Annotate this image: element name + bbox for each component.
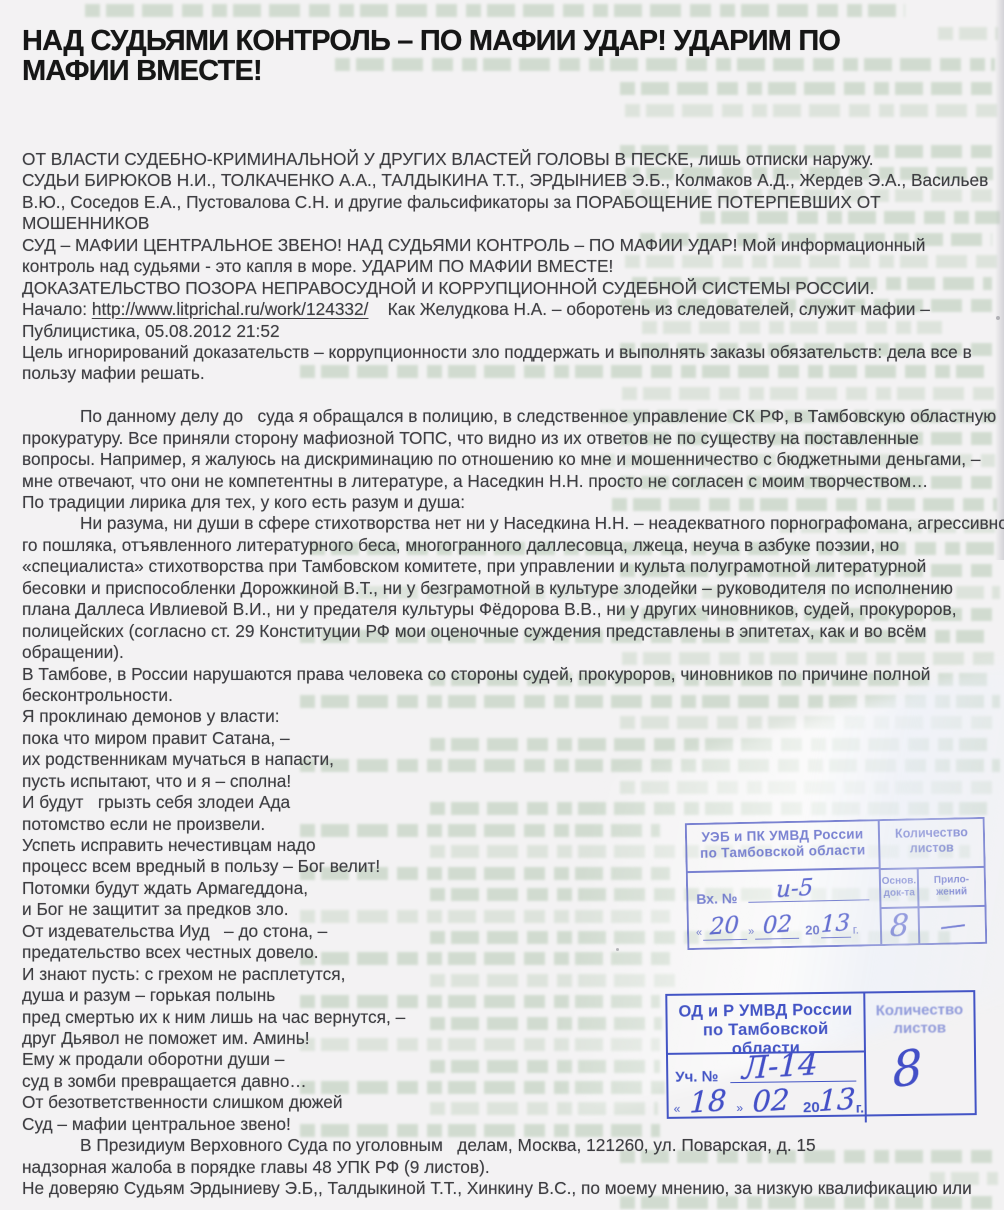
stamp2-handwritten-year: 13	[818, 1085, 856, 1117]
text-segment: Как Желудкова Н.А. – оборотень из следов…	[368, 299, 929, 319]
stamp1-att-line2: жений	[919, 885, 984, 898]
stamp1-year-prefix: 20	[805, 922, 820, 937]
stamp1-count-line1: Количество	[880, 825, 983, 842]
stamp2-month-slot: 02	[744, 1086, 798, 1118]
text-line: полицейских (согласно ст. 29 Конституции…	[22, 621, 972, 642]
stamp1-entry-row: Вх. № и-5	[688, 869, 880, 911]
stamp1-count-header: Количество листов	[880, 819, 984, 870]
quote-close: »	[736, 1101, 743, 1115]
stamp1-attachments-label: Прило- жений	[917, 868, 985, 906]
text-line: СУД – МАФИИ ЦЕНТРАЛЬНОЕ ЗВЕНО! НАД СУДЬЯ…	[22, 235, 972, 256]
quote-open: «	[696, 927, 702, 939]
text-segment: Начало:	[22, 299, 92, 319]
text-line: «специалиста» стихотворства при Тамбовск…	[22, 556, 972, 577]
stamp2-count-line2: листов	[866, 1019, 974, 1038]
text-line: бесконтрольности.	[22, 685, 972, 706]
stamp2-year-suffix: г.	[856, 1099, 865, 1115]
blank-line	[22, 385, 972, 406]
text-line: В.Ю., Соседов Е.А., Пустовалова С.Н. и д…	[22, 192, 972, 213]
stamp1-left-column: УЭБ и ПК УМВД России по Тамбовской облас…	[687, 821, 883, 948]
stamp2-handwritten-day: 18	[689, 1086, 727, 1118]
text-line: плана Даллеса Ивлиевой В.И., ни у предат…	[22, 599, 972, 620]
text-line: Публицистика, 05.08.2012 21:52	[22, 321, 972, 342]
text-line: ОТ ВЛАСТИ СУДЕБНО-КРИМИНАЛЬНОЙ У ДРУГИХ …	[22, 149, 972, 170]
stamp2-right-column: Количество листов 8	[865, 992, 975, 1122]
stamp1-handwritten-number: и-5	[776, 876, 814, 902]
stamp1-main-doc-sheets: 8	[882, 908, 919, 944]
registration-stamp-uebpk: УЭБ и ПК УМВД России по Тамбовской облас…	[685, 817, 988, 950]
text-line: контроль над судьями - это капля в море.…	[22, 256, 972, 277]
stamp1-handwritten-month: 02	[762, 913, 792, 938]
stamp1-year-slot: 13	[820, 913, 851, 939]
text-line: По данному делу до суда я обращался в по…	[22, 406, 972, 427]
stamp1-entry-label: Вх. №	[696, 890, 737, 907]
stamp1-org-name: УЭБ и ПК УМВД России по Тамбовской облас…	[687, 821, 879, 873]
stamp2-year-slot: 13	[819, 1086, 853, 1117]
text-line: мне отвечают, что они не компетентны в л…	[22, 471, 972, 492]
text-line: пока что миром правит Сатана, –	[22, 728, 972, 749]
stamp2-day-slot: 18	[681, 1087, 735, 1119]
document-headline: НАД СУДЬЯМИ КОНТРОЛЬ – ПО МАФИИ УДАР! УД…	[22, 26, 962, 86]
stamp2-org-line1: ОД и Р УМВД России	[667, 1000, 863, 1021]
text-line: СУДЬИ БИРЮКОВ Н.И., ТОЛКАЧЕНКО А.А., ТАЛ…	[22, 170, 972, 191]
page-edge-shadow	[995, 0, 1004, 560]
text-line: их родственникам мучаться в напасти,	[22, 749, 972, 770]
stamp2-count-line1: Количество	[865, 1001, 973, 1020]
text-line: Не доверяю Судьям Эрдыниеву Э.Б,, Талдык…	[22, 1178, 972, 1199]
text-line: И будут грызть себя злодеи Ада	[22, 792, 972, 813]
stamp2-date-row: « 18 » 02 20 13 г.	[668, 1085, 864, 1124]
text-line: В Тамбове, в России нарушаются права чел…	[22, 664, 972, 685]
text-line: бесовки и приспособленки Дорожкиной В.Т.…	[22, 578, 972, 599]
stamp2-handwritten-number: Л-14	[742, 1049, 819, 1085]
bleed-through-line	[85, 4, 905, 17]
stamp1-subheaders: Основ. док-та Прило- жений	[881, 868, 985, 909]
stamp1-main-doc-line2: док-та	[881, 887, 917, 899]
text-line: В Президиум Верховного Суда по уголовным…	[22, 1135, 972, 1156]
stamp2-org-name: ОД и Р УМВД России по Тамбовской области	[667, 993, 864, 1054]
scanned-document-page: НАД СУДЬЯМИ КОНТРОЛЬ – ПО МАФИИ УДАР! УД…	[0, 0, 1004, 1210]
stamp1-org-line2: по Тамбовской области	[687, 842, 878, 862]
stamp1-count-line2: листов	[880, 840, 983, 857]
stamp1-handwritten-day: 20	[710, 914, 740, 939]
stamp1-handwritten-year: 13	[821, 912, 851, 937]
text-line: вопросы. Например, я жалуюсь на дискрими…	[22, 449, 972, 470]
text-line: Ни разума, ни души в сфере стихотворства…	[22, 513, 972, 534]
stamp1-main-doc-label: Основ. док-та	[881, 869, 918, 907]
stamp1-day-slot: 20	[703, 915, 748, 941]
stamp1-values-row: 8 —	[882, 907, 986, 944]
quote-close: »	[748, 926, 754, 938]
text-line: пользу мафии решать.	[22, 363, 972, 384]
scan-speck	[996, 316, 1000, 320]
stamp2-handwritten-month: 02	[752, 1085, 790, 1117]
text-line: МОШЕННИКОВ	[22, 213, 972, 234]
litprichal-url-link[interactable]: http://www.litprichal.ru/work/124332/	[92, 299, 369, 319]
text-line: И знают пусть: с грехом не расплетутся,	[22, 964, 972, 985]
text-line: го пошляка, отъявленного литературного б…	[22, 535, 972, 556]
stamp1-handwritten-sheets: 8	[890, 910, 910, 942]
stamp2-count-header: Количество листов	[865, 992, 974, 1038]
quote-open: «	[674, 1102, 681, 1116]
bleed-through-line	[625, 104, 997, 117]
text-line: пусть испытают, что и я – сполна!	[22, 771, 972, 792]
text-line: обращении).	[22, 642, 972, 663]
registration-stamp-odir: ОД и Р УМВД России по Тамбовской области…	[665, 990, 977, 1119]
stamp1-month-slot: 02	[755, 914, 800, 940]
text-line: По традиции лирика для тех, у кого есть …	[22, 492, 972, 513]
stamp1-handwritten-dash: —	[938, 911, 967, 940]
text-line: прокуратуру. Все приняли сторону мафиозн…	[22, 428, 972, 449]
stamp1-year-suffix: г.	[853, 923, 860, 937]
text-line: Я проклинаю демонов у власти:	[22, 706, 972, 727]
text-line: Цель игнорирований доказательств – корру…	[22, 342, 972, 363]
text-line: ДОКАЗАТЕЛЬСТВО ПОЗОРА НЕПРАВОСУДНОЙ И КО…	[22, 278, 972, 299]
stamp2-left-column: ОД и Р УМВД России по Тамбовской области…	[667, 993, 867, 1124]
text-line: надзорная жалоба в порядке главы 48 УПК …	[22, 1157, 972, 1178]
stamp1-main-doc-line1: Основ.	[881, 875, 917, 887]
stamp2-handwritten-sheets: 8	[891, 1043, 923, 1096]
text-line: Начало: http://www.litprichal.ru/work/12…	[22, 299, 972, 320]
stamp1-right-column: Количество листов Основ. док-та Прило- ж…	[880, 819, 986, 944]
stamp1-attachment-sheets: —	[918, 907, 986, 943]
stamp1-date-row: « 20 » 02 20 13 г.	[689, 907, 881, 948]
